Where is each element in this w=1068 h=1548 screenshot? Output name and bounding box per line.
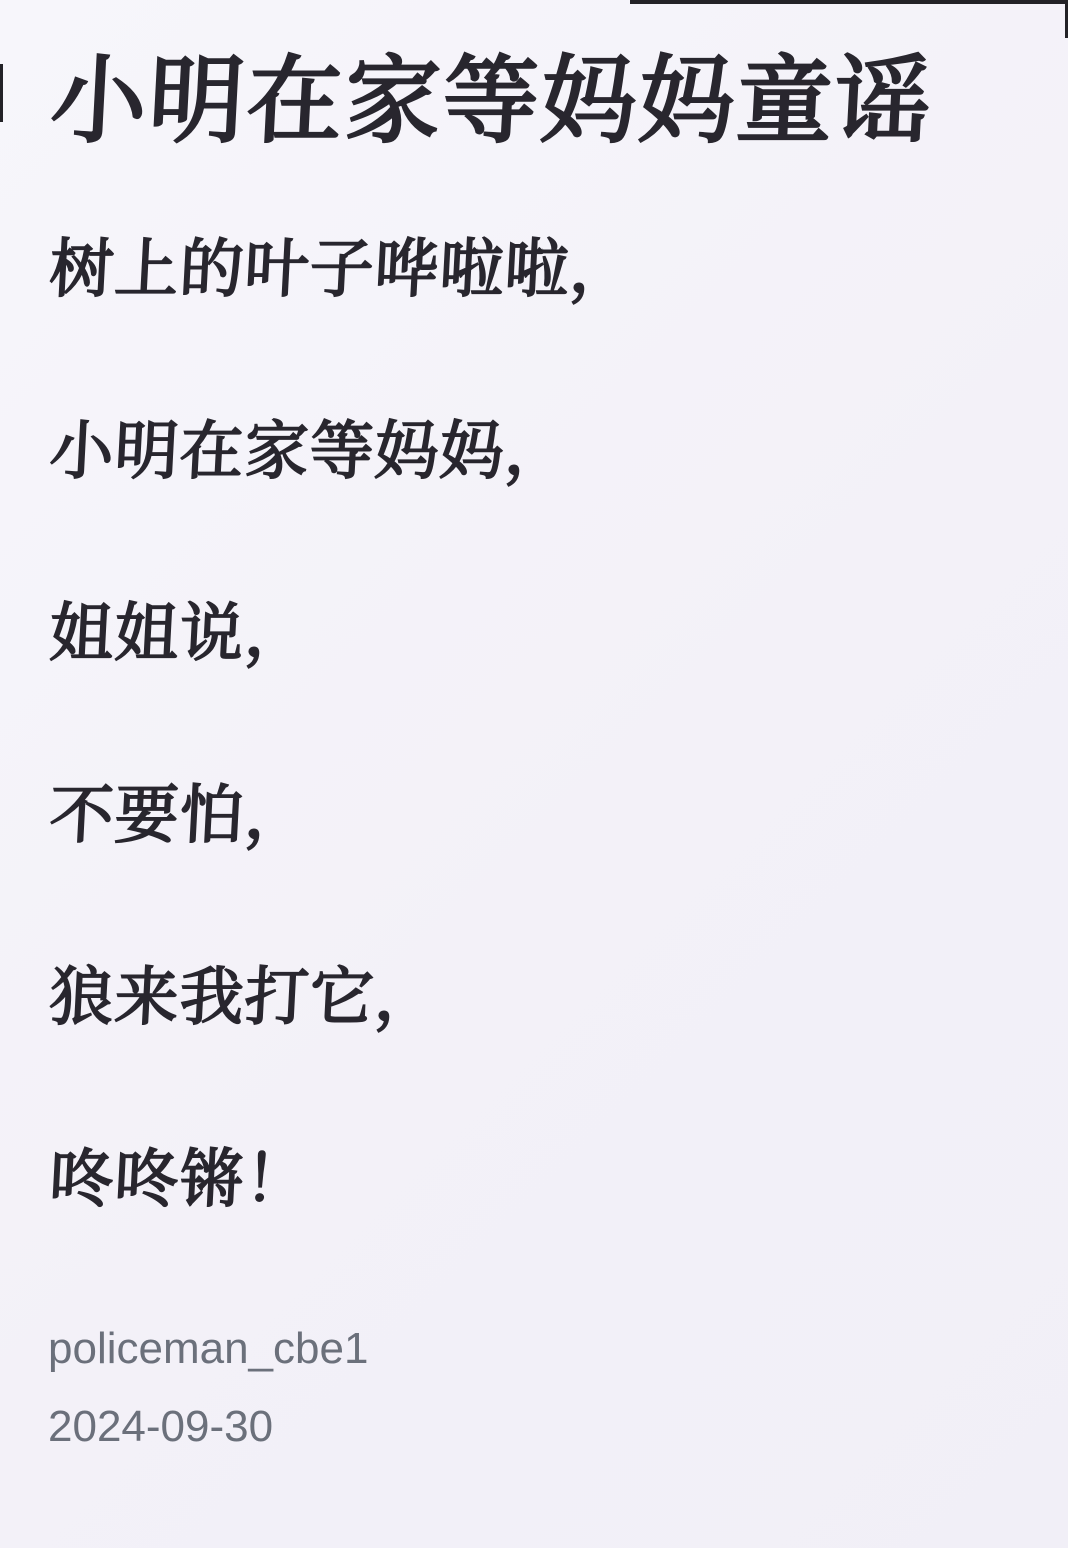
footer-date: 2024-09-30 (48, 1405, 1028, 1449)
photo-edge-artifact-top (630, 0, 1068, 4)
footer: policeman_cbe1 2024-09-30 (48, 1327, 1028, 1449)
rhyme-page: 小明在家等妈妈童谣 树上的叶子哗啦啦， 小明在家等妈妈， 姐姐说， 不要怕， 狼… (0, 0, 1068, 1548)
rhyme-line-3: 姐姐说， (48, 601, 1031, 665)
rhyme-line-1: 树上的叶子哗啦啦， (48, 237, 1031, 301)
photo-edge-artifact-left (0, 64, 3, 122)
footer-author: policeman_cbe1 (48, 1327, 1028, 1371)
rhyme-line-6: 咚咚锵！ (48, 1147, 1031, 1211)
rhyme-line-5: 狼来我打它， (48, 965, 1031, 1029)
rhyme-line-4: 不要怕， (48, 783, 1031, 847)
page-title: 小明在家等妈妈童谣 (48, 52, 1033, 153)
rhyme-line-2: 小明在家等妈妈， (48, 419, 1031, 483)
rhyme-content: 小明在家等妈妈童谣 树上的叶子哗啦啦， 小明在家等妈妈， 姐姐说， 不要怕， 狼… (48, 52, 1028, 1449)
